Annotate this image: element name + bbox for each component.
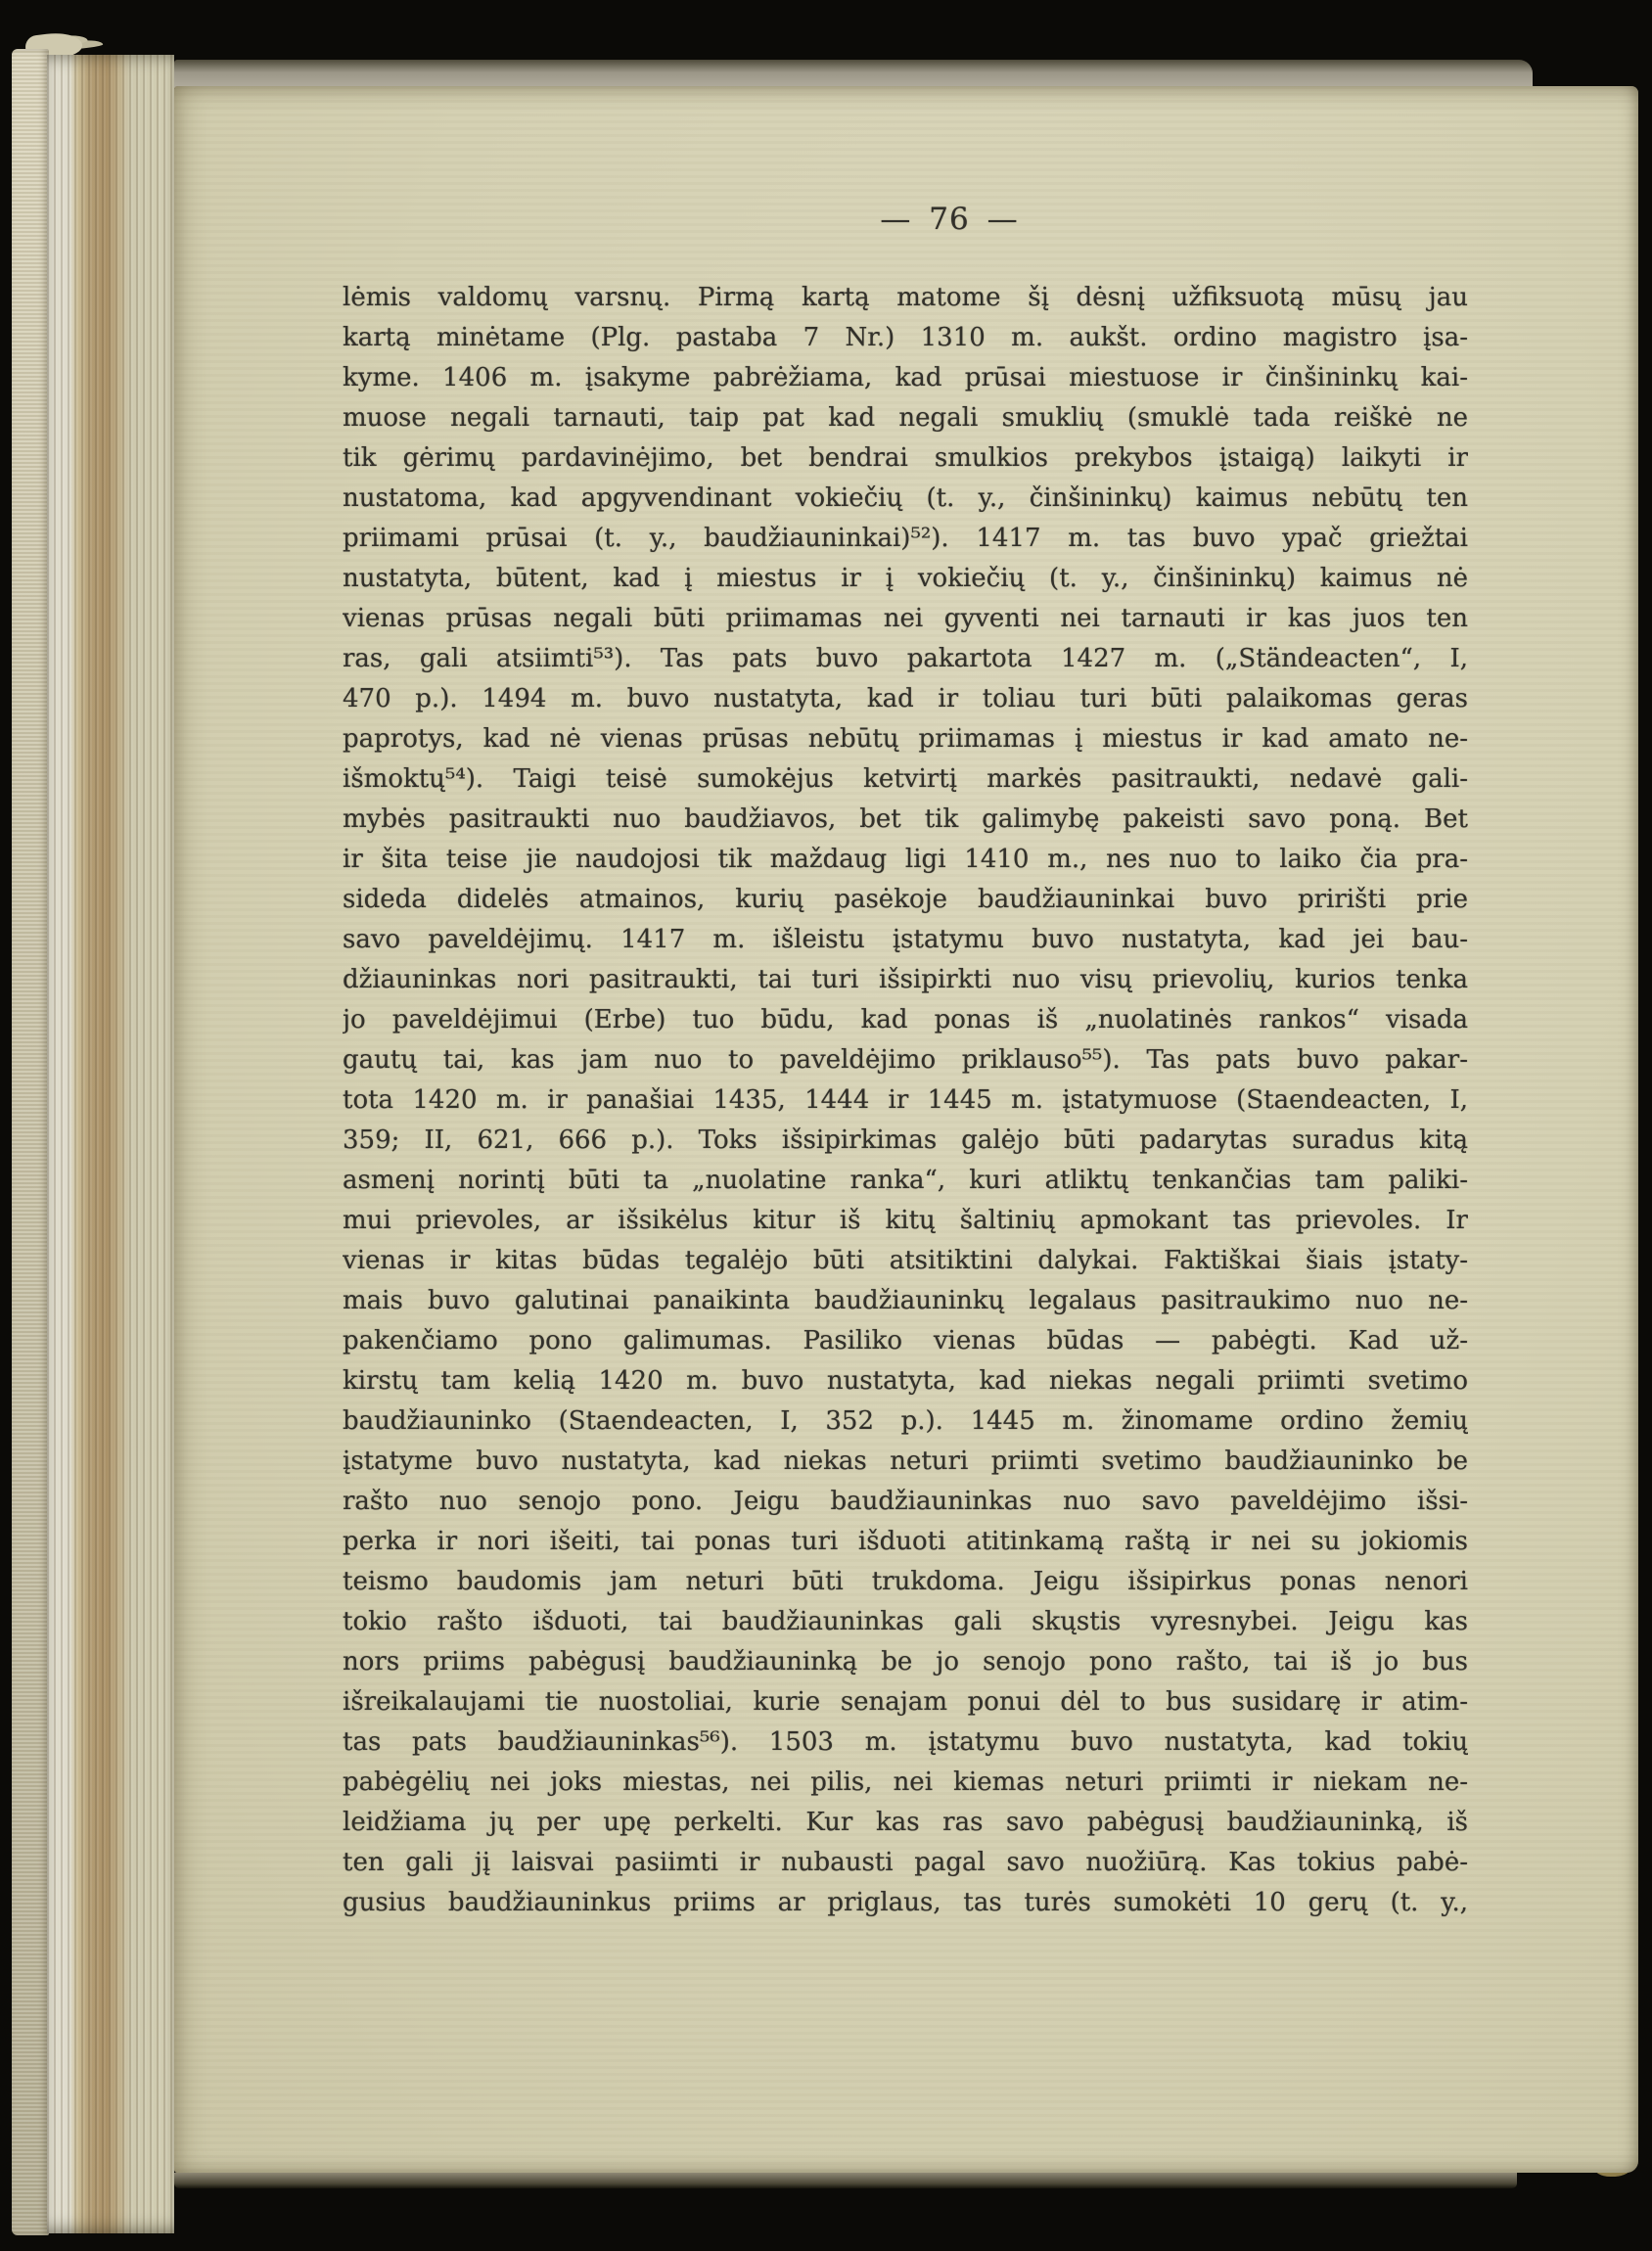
text-line: paprotys, kad nė vienas prūsas nebūtų pr… [343, 719, 1468, 759]
text-line: leidžiama jų per upę perkelti. Kur kas r… [343, 1803, 1468, 1843]
text-line: 470 p.). 1494 m. buvo nustatyta, kad ir … [343, 679, 1468, 719]
text-line: pabėgėlių nei joks miestas, nei pilis, n… [343, 1763, 1468, 1803]
text-line: jo paveldėjimui (Erbe) tuo būdu, kad pon… [343, 1000, 1468, 1040]
text-line: vienas ir kitas būdas tegalėjo būti atsi… [343, 1241, 1468, 1281]
text-line: mybės pasitraukti nuo baudžiavos, bet ti… [343, 800, 1468, 840]
text-line: ir šita teise jie naudojosi tik maždaug … [343, 840, 1468, 880]
text-line: savo paveldėjimų. 1417 m. išleistu įstat… [343, 920, 1468, 960]
text-line: išreikalaujami tie nuostoliai, kurie sen… [343, 1682, 1468, 1723]
page-bottom-edge [174, 2173, 1517, 2188]
text-line: baudžiauninko (Staendeacten, I, 352 p.).… [343, 1401, 1468, 1442]
text-line: gusius baudžiauninkus priims ar priglaus… [343, 1883, 1468, 1923]
text-line: tokio rašto išduoti, tai baudžiauninkas … [343, 1602, 1468, 1642]
book-cover-edge [12, 49, 49, 2235]
text-line: rašto nuo senojo pono. Jeigu baudžiaunin… [343, 1482, 1468, 1522]
text-line: nustatyta, būtent, kad į miestus ir į vo… [343, 559, 1468, 599]
text-line: tota 1420 m. ir panašiai 1435, 1444 ir 1… [343, 1080, 1468, 1121]
text-line: asmenį norintį būti ta „nuolatine ranka“… [343, 1161, 1468, 1201]
text-line: nustatoma, kad apgyvendinant vokiečių (t… [343, 479, 1468, 519]
page-edge-stack [47, 55, 174, 2233]
text-line: kartą minėtame (Plg. pastaba 7 Nr.) 1310… [343, 318, 1468, 358]
text-line: teismo baudomis jam neturi būti trukdoma… [343, 1562, 1468, 1602]
text-line: sideda didelės atmainos, kurių pasėkoje … [343, 880, 1468, 920]
book-scan-photo: — 76 — lėmis valdomų varsnų. Pirmą kartą… [0, 0, 1652, 2251]
text-line: kirstų tam kelią 1420 m. buvo nustatyta,… [343, 1361, 1468, 1401]
text-line: gautų tai, kas jam nuo to paveldėjimo pr… [343, 1040, 1468, 1080]
text-line: tik gėrimų pardavinėjimo, bet bendrai sm… [343, 438, 1468, 479]
text-line: įstatyme buvo nustatyta, kad niekas netu… [343, 1442, 1468, 1482]
text-line: ten gali jį laisvai pasiimti ir nubausti… [343, 1843, 1468, 1883]
text-line: mui prievoles, ar išsikėlus kitur iš kit… [343, 1201, 1468, 1241]
text-line: vienas prūsas negali būti priimamas nei … [343, 599, 1468, 639]
text-line: perka ir nori išeiti, tai ponas turi išd… [343, 1522, 1468, 1562]
text-line: lėmis valdomų varsnų. Pirmą kartą matome… [343, 278, 1468, 318]
text-line: muose negali tarnauti, taip pat kad nega… [343, 398, 1468, 438]
text-line: tas pats baudžiauninkas⁵⁶). 1503 m. įsta… [343, 1723, 1468, 1763]
text-line: kyme. 1406 m. įsakyme pabrėžiama, kad pr… [343, 358, 1468, 398]
text-line: pakenčiamo pono galimumas. Pasiliko vien… [343, 1321, 1468, 1361]
page-number: — 76 — [822, 202, 1077, 237]
body-text: lėmis valdomų varsnų. Pirmą kartą matome… [343, 278, 1468, 1923]
book-page: — 76 — lėmis valdomų varsnų. Pirmą kartą… [174, 86, 1638, 2173]
text-line: priimami prūsai (t. y., baudžiauninkai)⁵… [343, 519, 1468, 559]
text-line: 359; II, 621, 666 p.). Toks išsipirkimas… [343, 1121, 1468, 1161]
text-line: mais buvo galutinai panaikinta baudžiaun… [343, 1281, 1468, 1321]
page-stack-top-edge [174, 60, 1533, 88]
text-line: išmoktų⁵⁴). Taigi teisė sumokėjus ketvir… [343, 759, 1468, 800]
text-line: ras, gali atsiimti⁵³). Tas pats buvo pak… [343, 639, 1468, 679]
text-line: džiauninkas nori pasitraukti, tai turi i… [343, 960, 1468, 1000]
text-line: nors priims pabėgusį baudžiauninką be jo… [343, 1642, 1468, 1682]
